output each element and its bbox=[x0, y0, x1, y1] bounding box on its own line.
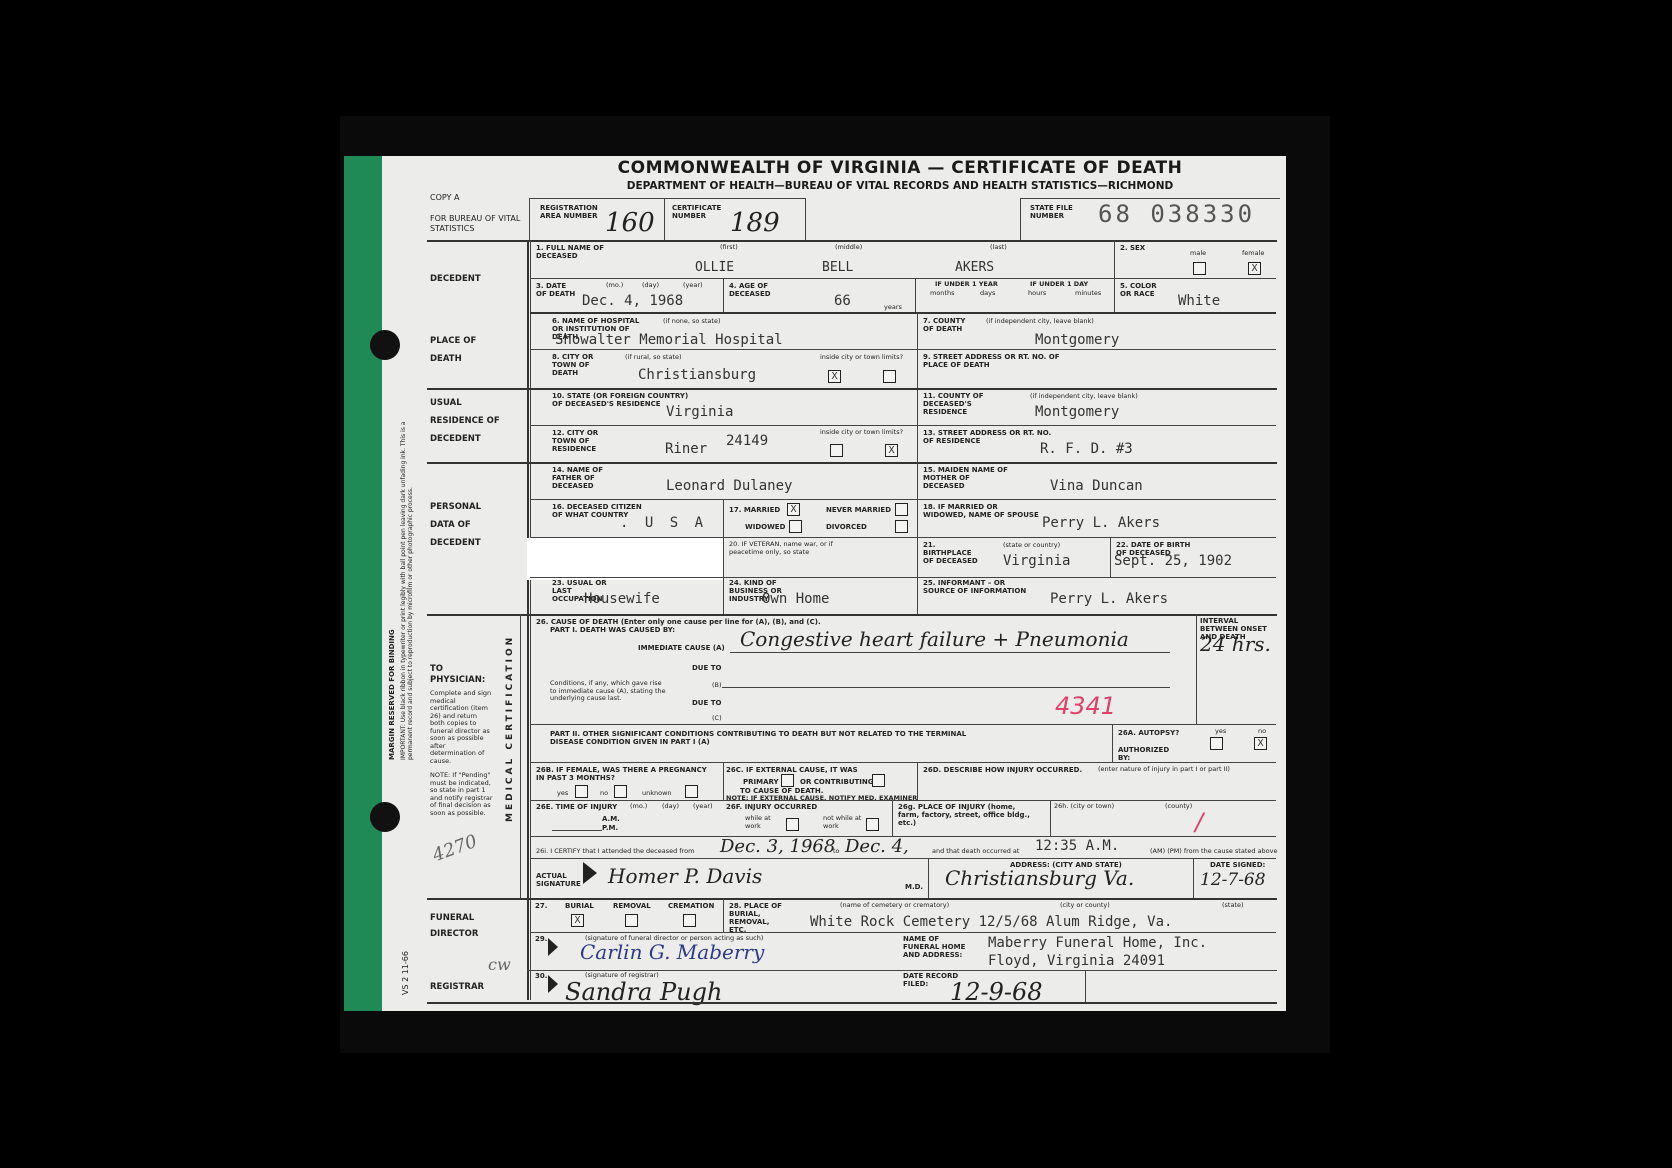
to-physician-heading: TO PHYSICIAN: bbox=[430, 664, 490, 686]
residence-limits-no-checkbox[interactable]: X bbox=[885, 444, 898, 457]
f30-label: 30. bbox=[535, 972, 547, 980]
divider bbox=[529, 198, 805, 199]
f27-label: 27. bbox=[535, 902, 547, 910]
f26i-label: 26i. I CERTIFY that I attended the decea… bbox=[536, 848, 694, 856]
divider bbox=[1085, 970, 1086, 1002]
divider bbox=[530, 425, 1276, 426]
burial-place[interactable]: White Rock Cemetery 12/5/68 Alum Ridge, … bbox=[810, 914, 1172, 930]
never-married-label: NEVER MARRIED bbox=[826, 506, 891, 514]
burial-label: BURIAL bbox=[565, 902, 594, 910]
cause-code: 4341 bbox=[1055, 692, 1116, 720]
first-name[interactable]: OLLIE bbox=[695, 260, 734, 275]
while-at-work-label: while at work bbox=[745, 815, 775, 830]
part2-label: PART II. OTHER SIGNIFICANT CONDITIONS CO… bbox=[550, 730, 980, 746]
document-title: COMMONWEALTH OF VIRGINIA — CERTIFICATE O… bbox=[600, 158, 1200, 178]
county-of-death[interactable]: Montgomery bbox=[1035, 332, 1119, 348]
physician-signature[interactable]: Homer P. Davis bbox=[608, 864, 762, 888]
months-label: months bbox=[930, 290, 954, 298]
section-decedent: DECEDENT bbox=[430, 270, 481, 288]
county-hint: (county) bbox=[1165, 803, 1192, 811]
pregnancy-unknown-checkbox[interactable] bbox=[685, 785, 698, 798]
hospital[interactable]: Showalter Memorial Hospital bbox=[555, 332, 783, 348]
residence-street[interactable]: R. F. D. #3 bbox=[1040, 441, 1133, 457]
occupation[interactable]: Housewife bbox=[584, 591, 660, 607]
divider bbox=[1050, 800, 1051, 836]
redacted-field-19 bbox=[527, 538, 723, 580]
divider bbox=[427, 898, 1277, 900]
b-label: (B) bbox=[712, 682, 722, 690]
divider bbox=[530, 932, 1276, 933]
f5-label: 5. COLOR OR RACE bbox=[1120, 282, 1160, 298]
divider bbox=[915, 278, 916, 312]
mo-label: (mo.) bbox=[606, 282, 623, 290]
am-pm-hint: (AM) (PM) from the cause stated above bbox=[1150, 848, 1278, 856]
residence-state[interactable]: Virginia bbox=[666, 404, 733, 420]
divider bbox=[1114, 240, 1115, 312]
divider bbox=[527, 240, 529, 1000]
residence-limits-yes-checkbox[interactable] bbox=[830, 444, 843, 457]
f7-label: 7. COUNTY OF DEATH bbox=[923, 317, 973, 333]
state-file-number: 68 038330 bbox=[1098, 200, 1255, 228]
due-to-label: DUE TO bbox=[692, 664, 721, 672]
f7-hint: (if independent city, leave blank) bbox=[986, 318, 1094, 326]
divider bbox=[530, 577, 1276, 578]
removal-label: REMOVAL bbox=[613, 902, 651, 910]
race[interactable]: White bbox=[1178, 293, 1220, 309]
cremation-label: CREMATION bbox=[668, 902, 714, 910]
male-label: male bbox=[1190, 250, 1206, 258]
day-label: (day) bbox=[642, 282, 659, 290]
years-label: years bbox=[884, 304, 902, 312]
punch-hole bbox=[370, 330, 400, 360]
margin-initials: cw bbox=[488, 955, 511, 974]
age[interactable]: 66 bbox=[834, 293, 851, 309]
inside-limits-no-checkbox[interactable] bbox=[883, 370, 896, 383]
f26-label: 26. CAUSE OF DEATH (Enter only one cause… bbox=[536, 618, 836, 626]
removal-checkbox[interactable] bbox=[625, 914, 638, 927]
minutes-label: minutes bbox=[1075, 290, 1101, 298]
citizenship[interactable]: . U S A bbox=[620, 515, 707, 531]
not-while-at-work-checkbox[interactable] bbox=[866, 818, 879, 831]
male-checkbox[interactable] bbox=[1193, 262, 1206, 275]
part1-label: PART I. DEATH WAS CAUSED BY: bbox=[550, 626, 675, 634]
margin-note: MARGIN RESERVED FOR BINDING bbox=[388, 629, 396, 760]
divider bbox=[427, 388, 1277, 390]
copy-label: COPY A bbox=[430, 194, 459, 202]
divider bbox=[730, 652, 1170, 653]
f2-label: 2. SEX bbox=[1120, 244, 1145, 252]
days-label: days bbox=[980, 290, 995, 298]
f25-label: 25. INFORMANT – OR SOURCE OF INFORMATION bbox=[923, 579, 1033, 595]
certificate-number-label: CERTIFICATE NUMBER bbox=[672, 204, 727, 220]
due-to-label: DUE TO bbox=[692, 699, 721, 707]
divider bbox=[1020, 198, 1280, 199]
inside-limits-yes-checkbox[interactable]: X bbox=[828, 370, 841, 383]
medical-certification-label: MEDICAL CERTIFICATION bbox=[505, 635, 515, 822]
father-name[interactable]: Leonard Dulaney bbox=[666, 478, 792, 494]
pregnancy-yes-label: yes bbox=[557, 790, 568, 798]
sign-here-arrow-icon bbox=[583, 862, 597, 884]
pregnancy-unknown-label: unknown bbox=[642, 790, 672, 798]
to-label: to bbox=[833, 848, 840, 856]
widowed-checkbox[interactable] bbox=[789, 520, 802, 533]
divider bbox=[1020, 198, 1021, 240]
funeral-director-signature[interactable]: Carlin G. Maberry bbox=[580, 940, 764, 964]
section-registrar: REGISTRAR bbox=[430, 978, 484, 996]
authorized-label: AUTHORIZED BY: bbox=[1118, 746, 1168, 762]
divider bbox=[520, 614, 521, 898]
f26d-hint: (enter nature of injury in part I or par… bbox=[1098, 766, 1230, 774]
divider bbox=[723, 762, 724, 800]
funeral-home-name[interactable]: Maberry Funeral Home, Inc. bbox=[988, 935, 1207, 951]
punch-hole bbox=[370, 802, 400, 832]
divider bbox=[917, 462, 918, 614]
sign-here-arrow-icon bbox=[548, 938, 558, 956]
divider bbox=[805, 198, 806, 240]
pm-label: P.M. bbox=[602, 824, 618, 832]
spouse-name[interactable]: Perry L. Akers bbox=[1042, 515, 1160, 531]
informant[interactable]: Perry L. Akers bbox=[1050, 591, 1168, 607]
f26g-label: 26g. PLACE OF INJURY (home, farm, factor… bbox=[898, 803, 1038, 827]
widowed-label: WIDOWED bbox=[745, 523, 785, 531]
document-subtitle: DEPARTMENT OF HEALTH—BUREAU OF VITAL REC… bbox=[560, 180, 1240, 192]
inside-limits-label: inside city or town limits? bbox=[820, 429, 903, 437]
divider bbox=[530, 312, 1276, 314]
hours-label: hours bbox=[1028, 290, 1046, 298]
conditions-note: Conditions, if any, which gave rise to i… bbox=[550, 680, 670, 703]
funeral-home-label: NAME OF FUNERAL HOME AND ADDRESS: bbox=[903, 935, 968, 959]
city-of-death[interactable]: Christiansburg bbox=[638, 367, 756, 383]
under-1-year: IF UNDER 1 YEAR bbox=[935, 281, 998, 289]
date-signed[interactable]: 12-7-68 bbox=[1200, 870, 1266, 890]
never-married-checkbox[interactable] bbox=[895, 503, 908, 516]
day-label: (day) bbox=[662, 803, 679, 811]
am-label: A.M. bbox=[602, 815, 620, 823]
pending-note: NOTE: If "Pending" must be indicated, so… bbox=[430, 772, 496, 817]
inside-limits-label: inside city or town limits? bbox=[820, 354, 903, 362]
year-label: (year) bbox=[683, 282, 703, 290]
divider bbox=[723, 499, 724, 614]
autopsy-label: 26a. AUTOPSY? bbox=[1118, 729, 1179, 737]
divider bbox=[530, 724, 1276, 725]
divider bbox=[427, 462, 1277, 464]
cremation-checkbox[interactable] bbox=[683, 914, 696, 927]
f26h-label: 26h. (city or town) bbox=[1054, 803, 1114, 811]
middle-label: (middle) bbox=[835, 244, 862, 252]
divider bbox=[530, 858, 1276, 859]
date-of-death[interactable]: Dec. 4, 1968 bbox=[582, 293, 683, 309]
registration-area-number: 160 bbox=[605, 208, 655, 238]
divider bbox=[1110, 537, 1111, 577]
divider bbox=[928, 858, 929, 898]
mother-name[interactable]: Vina Duncan bbox=[1050, 478, 1143, 494]
date-of-birth[interactable]: Sept. 25, 1902 bbox=[1114, 553, 1232, 569]
immediate-cause-label: IMMEDIATE CAUSE (A) bbox=[638, 644, 725, 652]
divider bbox=[917, 312, 918, 462]
f26d-label: 26d. DESCRIBE HOW INJURY OCCURRED. bbox=[923, 766, 1082, 774]
primary-checkbox[interactable] bbox=[781, 774, 794, 787]
f20-label: 20. IF VETERAN, name war, or if peacetim… bbox=[729, 541, 849, 556]
burial-checkbox[interactable]: X bbox=[571, 914, 584, 927]
date-signed-label: DATE SIGNED: bbox=[1210, 861, 1265, 869]
binding-strip bbox=[344, 156, 382, 1011]
autopsy-yes-checkbox[interactable] bbox=[1210, 737, 1223, 750]
f6-hint: (if none, so state) bbox=[663, 318, 720, 326]
business[interactable]: Own Home bbox=[762, 591, 829, 607]
registration-area-label: REGISTRATION AREA NUMBER bbox=[540, 204, 600, 220]
divider bbox=[552, 830, 602, 831]
f4-label: 4. AGE OF DECEASED bbox=[729, 282, 789, 298]
divider bbox=[892, 800, 893, 836]
divider bbox=[664, 198, 665, 240]
c-label: (C) bbox=[712, 715, 722, 723]
residence-county[interactable]: Montgomery bbox=[1035, 404, 1119, 420]
contributing-checkbox[interactable] bbox=[872, 774, 885, 787]
f28-label: 28. PLACE OF BURIAL, REMOVAL, ETC. bbox=[729, 902, 789, 934]
female-label: female bbox=[1242, 250, 1264, 258]
form-code: VS 2 11-66 bbox=[401, 951, 410, 995]
f3-label: 3. DATE OF DEATH bbox=[536, 282, 576, 298]
death-time[interactable]: 12:35 A.M. bbox=[1035, 838, 1119, 854]
last-label: (last) bbox=[990, 244, 1007, 252]
interval-value[interactable]: 24 hrs. bbox=[1200, 632, 1271, 656]
attended-from[interactable]: Dec. 3, 1968 bbox=[720, 836, 835, 857]
divider bbox=[1196, 614, 1197, 724]
f12-label: 12. CITY OR TOWN OF RESIDENCE bbox=[552, 429, 612, 453]
bureau-label: FOR BUREAU OF VITAL STATISTICS bbox=[430, 214, 530, 234]
divider bbox=[530, 800, 1276, 801]
f11-hint: (if independent city, leave blank) bbox=[1030, 393, 1138, 401]
divider bbox=[427, 614, 1277, 616]
signature-label: ACTUAL SIGNATURE bbox=[536, 872, 576, 888]
section-usual-residence: USUAL RESIDENCE OF DECEDENT bbox=[430, 394, 500, 448]
female-checkbox[interactable]: X bbox=[1248, 262, 1261, 275]
f15-label: 15. MAIDEN NAME OF MOTHER OF DECEASED bbox=[923, 466, 1013, 490]
middle-name[interactable]: BELL bbox=[822, 260, 853, 275]
f21-label: 21. BIRTHPLACE OF DECEASED bbox=[923, 541, 983, 565]
autopsy-yes-label: yes bbox=[1215, 728, 1226, 736]
divider bbox=[530, 349, 1276, 350]
f28-hint: (name of cemetery or crematory) bbox=[840, 902, 949, 910]
red-mark: / bbox=[1195, 808, 1203, 836]
f28-city-hint: (city or county) bbox=[1060, 902, 1110, 910]
divider bbox=[529, 198, 530, 240]
divorced-label: DIVORCED bbox=[826, 523, 867, 531]
divider bbox=[427, 240, 1277, 242]
f26c-label: 26c. IF EXTERNAL CAUSE, IT WAS bbox=[726, 766, 858, 774]
mo-label: (mo.) bbox=[630, 803, 647, 811]
margin-important-note: IMPORTANT: Use black ribbon in typewrite… bbox=[400, 400, 414, 760]
physician-address[interactable]: Christiansburg Va. bbox=[945, 866, 1134, 890]
f8-label: 8. CITY OR TOWN OF DEATH bbox=[552, 353, 612, 377]
pregnancy-yes-checkbox[interactable] bbox=[575, 785, 588, 798]
sign-here-arrow-icon bbox=[548, 975, 558, 993]
f11-label: 11. COUNTY OF DECEASED'S RESIDENCE bbox=[923, 392, 1013, 416]
divider bbox=[722, 687, 1170, 688]
while-at-work-checkbox[interactable] bbox=[786, 818, 799, 831]
divider bbox=[723, 278, 724, 312]
f26b-label: 26b. IF FEMALE, WAS THERE A PREGNANCY IN… bbox=[536, 766, 716, 782]
divider bbox=[723, 898, 724, 932]
f18-label: 18. IF MARRIED OR WIDOWED, NAME OF SPOUS… bbox=[923, 503, 1043, 519]
married-checkbox[interactable]: X bbox=[787, 503, 800, 516]
state-file-label: STATE FILE NUMBER bbox=[1030, 204, 1075, 220]
death-at-label: and that death occurred at bbox=[932, 848, 1019, 856]
divorced-checkbox[interactable] bbox=[895, 520, 908, 533]
divider bbox=[530, 240, 531, 1000]
f8-hint: (if rural, so state) bbox=[625, 354, 682, 362]
divider bbox=[427, 1002, 1277, 1004]
divider bbox=[1112, 724, 1113, 762]
f1-label: 1. FULL NAME OF DECEASED bbox=[536, 244, 616, 260]
divider bbox=[530, 278, 1276, 279]
year-label: (year) bbox=[693, 803, 713, 811]
autopsy-no-label: no bbox=[1258, 728, 1266, 736]
f29-label: 29. bbox=[535, 935, 547, 943]
md-label: M.D. bbox=[905, 883, 923, 891]
section-place-of-death: PLACE OF DEATH bbox=[430, 332, 490, 368]
divider bbox=[1193, 858, 1194, 898]
not-while-at-work-label: not while at work bbox=[823, 815, 863, 830]
divider bbox=[530, 762, 1276, 763]
f9-label: 9. STREET ADDRESS OR RT. NO. OF PLACE OF… bbox=[923, 353, 1063, 369]
funeral-home-address[interactable]: Floyd, Virginia 24091 bbox=[988, 953, 1165, 969]
divider bbox=[917, 762, 918, 800]
contributing-label: or CONTRIBUTING bbox=[800, 778, 874, 786]
autopsy-no-checkbox[interactable]: X bbox=[1254, 737, 1267, 750]
section-funeral-director: FUNERAL DIRECTOR bbox=[430, 910, 490, 942]
f21-hint: (state or country) bbox=[1003, 542, 1060, 550]
section-personal-data: PERSONAL DATA OF DECEDENT bbox=[430, 498, 490, 552]
first-label: (first) bbox=[720, 244, 738, 252]
attended-to[interactable]: Dec. 4, bbox=[845, 836, 909, 857]
divider bbox=[530, 499, 1276, 500]
last-name[interactable]: AKERS bbox=[955, 260, 994, 275]
physician-instructions: Complete and sign medical certification … bbox=[430, 690, 492, 765]
under-1-day: IF UNDER 1 DAY bbox=[1030, 281, 1088, 289]
f26e-label: 26e. TIME OF INJURY bbox=[536, 803, 617, 811]
primary-label: PRIMARY bbox=[743, 778, 779, 786]
birthplace[interactable]: Virginia bbox=[1003, 553, 1070, 569]
immediate-cause-value[interactable]: Congestive heart failure + Pneumonia bbox=[740, 627, 1129, 651]
f17-label: 17. MARRIED bbox=[729, 506, 780, 514]
f26f-label: 26f. INJURY OCCURRED bbox=[726, 803, 817, 811]
residence-city[interactable]: Riner bbox=[665, 441, 707, 457]
certificate-number: 189 bbox=[730, 208, 780, 238]
pregnancy-no-label: no bbox=[600, 790, 608, 798]
residence-zip[interactable]: 24149 bbox=[726, 433, 768, 449]
f28-state-hint: (state) bbox=[1222, 902, 1244, 910]
f14-label: 14. NAME OF FATHER OF DECEASED bbox=[552, 466, 632, 490]
pregnancy-no-checkbox[interactable] bbox=[614, 785, 627, 798]
